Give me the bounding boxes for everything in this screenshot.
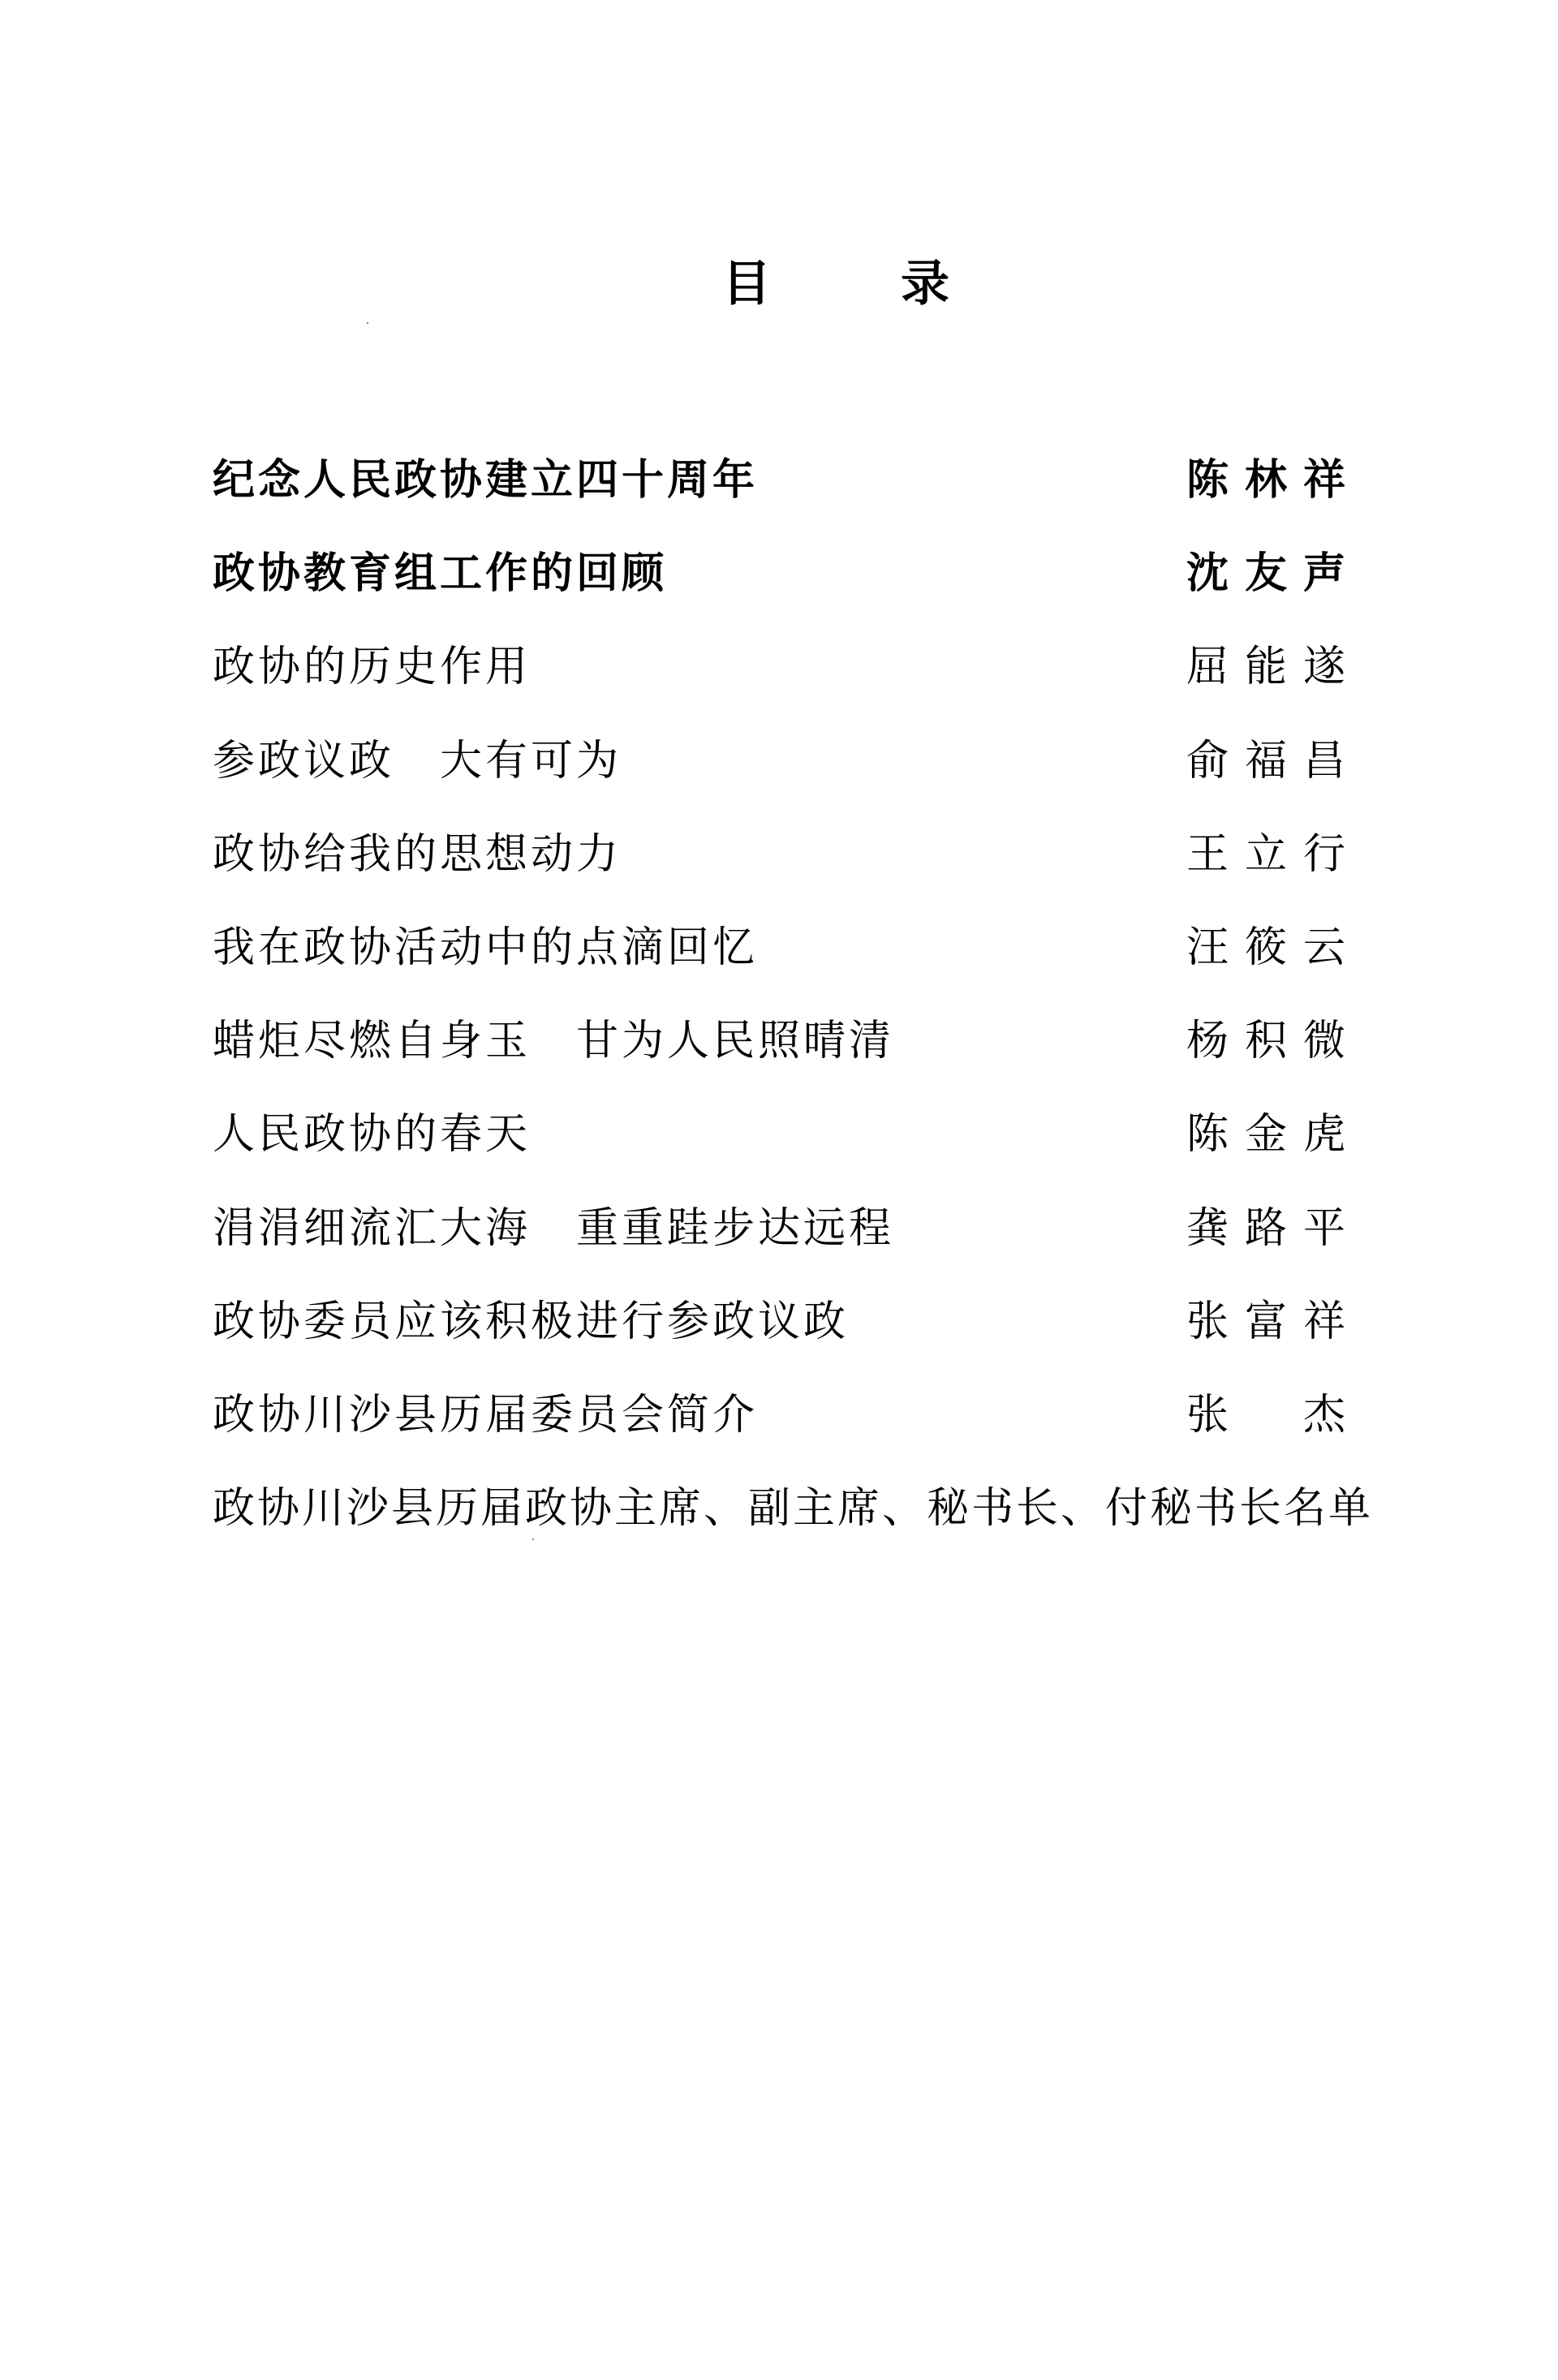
author-char: 友 xyxy=(1243,548,1289,600)
toc-entry[interactable]: 人民政协的春天 陈 金 虎 xyxy=(213,1108,1349,1202)
author-char: 汪 xyxy=(1185,922,1230,974)
author-char: 福 xyxy=(1243,735,1289,787)
toc-entry-author: 陈 林 祥 xyxy=(1185,454,1347,506)
page-title-char-2: 录 xyxy=(901,260,949,308)
toc-entry[interactable]: 参政议政 大有可为 俞 福 昌 xyxy=(213,735,1349,828)
author-char: 陈 xyxy=(1185,454,1230,506)
author-char: 龚 xyxy=(1185,1203,1230,1255)
author-char: 云 xyxy=(1302,922,1347,974)
toc-entry-title: 参政议政 大有可为 xyxy=(213,735,622,787)
toc-entry-title: 政协川沙县历届政协主席、副主席、秘书长、付秘书长名单 xyxy=(213,1483,1373,1534)
toc-entry-author: 陈 金 虎 xyxy=(1185,1108,1347,1160)
toc-entry-title: 蜡炬尽燃自身玉 甘为人民照晴清 xyxy=(213,1015,894,1067)
toc-entry[interactable]: 政协教育组工作的回顾 沈 友 声 xyxy=(213,548,1349,641)
toc-entry-author: 张 富 祥 xyxy=(1185,1296,1347,1348)
author-char: 屈 xyxy=(1185,641,1230,693)
toc-entry[interactable]: 政协的历史作用 屈 能 遂 xyxy=(213,641,1349,734)
toc-entry-title: 政协教育组工作的回顾 xyxy=(213,548,667,600)
author-char: 沈 xyxy=(1185,548,1230,600)
toc-entry-title: 人民政协的春天 xyxy=(213,1108,531,1160)
author-char: 声 xyxy=(1302,548,1347,600)
author-char: 富 xyxy=(1243,1296,1289,1348)
page-title-char-1: 目 xyxy=(722,260,771,308)
author-char: 张 xyxy=(1185,1389,1230,1441)
author-char: 微 xyxy=(1302,1015,1347,1067)
author-char: 积 xyxy=(1243,1015,1289,1067)
author-char: 王 xyxy=(1185,828,1230,880)
author-char: 俞 xyxy=(1185,735,1230,787)
toc-entry-author: 杨 积 微 xyxy=(1185,1015,1347,1067)
author-char: 筱 xyxy=(1243,922,1289,974)
scan-speck xyxy=(532,1539,534,1540)
toc-entry[interactable]: 政协委员应该积极进行参政议政 张 富 祥 xyxy=(213,1296,1349,1389)
toc-entry-title: 我在政协活动中的点滴回忆 xyxy=(213,922,758,974)
author-char: 路 xyxy=(1243,1203,1289,1255)
toc-entry-title: 政协川沙县历届委员会简介 xyxy=(213,1389,758,1441)
toc-entry[interactable]: 蜡炬尽燃自身玉 甘为人民照晴清 杨 积 微 xyxy=(213,1015,1349,1108)
author-char: 祥 xyxy=(1302,454,1347,506)
page-title: 目 录 xyxy=(722,252,949,316)
author-char: 昌 xyxy=(1302,735,1347,787)
toc-entry-author: 龚 路 平 xyxy=(1185,1203,1347,1255)
toc-entry[interactable]: 我在政协活动中的点滴回忆 汪 筱 云 xyxy=(213,922,1349,1015)
author-char: 平 xyxy=(1302,1203,1347,1255)
author-char: 祥 xyxy=(1302,1296,1347,1348)
toc-entry-author: 俞 福 昌 xyxy=(1185,735,1347,787)
author-char xyxy=(1243,1389,1289,1441)
toc-entry[interactable]: 政协给我的思想动力 王 立 行 xyxy=(213,828,1349,922)
author-char: 遂 xyxy=(1302,641,1347,693)
author-char: 立 xyxy=(1243,828,1289,880)
toc-entry-author: 王 立 行 xyxy=(1185,828,1347,880)
author-char: 林 xyxy=(1243,454,1289,506)
toc-entry[interactable]: 政协川沙县历届委员会简介 张 杰 xyxy=(213,1389,1349,1483)
toc-entry[interactable]: 纪念人民政协建立四十周年 陈 林 祥 xyxy=(213,454,1349,548)
toc-entry-title: 涓涓细流汇大海 重重跬步达远程 xyxy=(213,1203,894,1255)
author-char: 杨 xyxy=(1185,1015,1230,1067)
toc-entry[interactable]: 政协川沙县历届政协主席、副主席、秘书长、付秘书长名单 xyxy=(213,1483,1349,1576)
toc-entry-author: 沈 友 声 xyxy=(1185,548,1347,600)
author-char: 陈 xyxy=(1185,1108,1230,1160)
scan-speck xyxy=(367,322,368,324)
author-char: 杰 xyxy=(1302,1389,1347,1441)
toc-entry-title: 政协的历史作用 xyxy=(213,641,531,693)
toc-entry-title: 政协委员应该积极进行参政议政 xyxy=(213,1296,849,1348)
document-page: 目 录 纪念人民政协建立四十周年 陈 林 祥 政协教育组工作的回顾 沈 友 声 … xyxy=(0,0,1558,2380)
author-char: 行 xyxy=(1302,828,1347,880)
table-of-contents: 纪念人民政协建立四十周年 陈 林 祥 政协教育组工作的回顾 沈 友 声 政协的历… xyxy=(213,454,1349,1576)
toc-entry-author: 汪 筱 云 xyxy=(1185,922,1347,974)
toc-entry-author: 屈 能 遂 xyxy=(1185,641,1347,693)
toc-entry-author: 张 杰 xyxy=(1185,1389,1347,1441)
author-char: 虎 xyxy=(1302,1108,1347,1160)
toc-entry-title: 纪念人民政协建立四十周年 xyxy=(213,454,758,506)
author-char: 金 xyxy=(1243,1108,1289,1160)
toc-entry[interactable]: 涓涓细流汇大海 重重跬步达远程 龚 路 平 xyxy=(213,1203,1349,1296)
author-char: 能 xyxy=(1243,641,1289,693)
author-char: 张 xyxy=(1185,1296,1230,1348)
toc-entry-title: 政协给我的思想动力 xyxy=(213,828,622,880)
